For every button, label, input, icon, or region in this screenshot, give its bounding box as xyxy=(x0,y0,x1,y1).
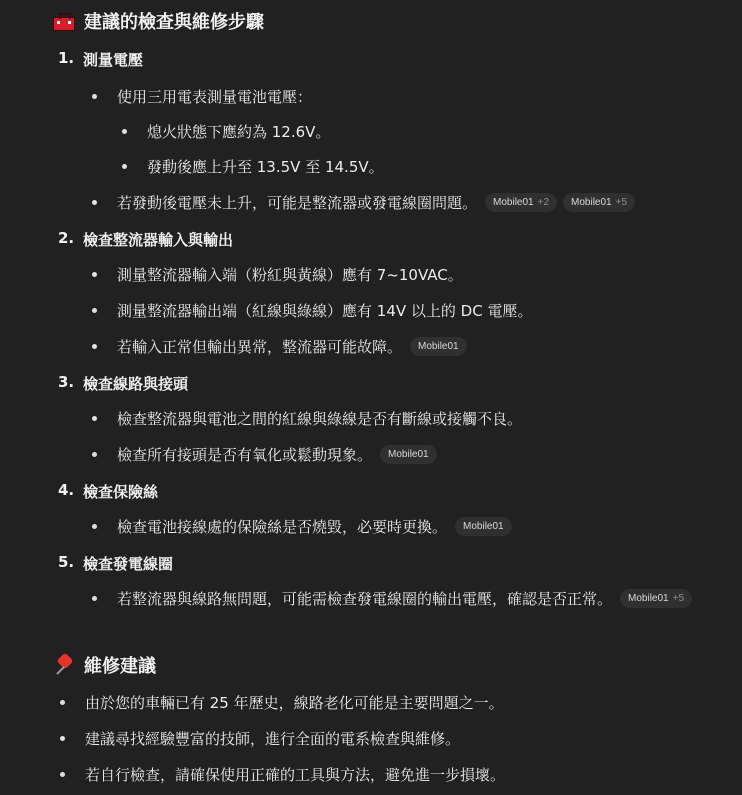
bullet xyxy=(60,772,65,777)
list-item: 使用三用電表測量電池電壓： xyxy=(92,86,312,107)
bullet xyxy=(92,344,97,349)
list-item: 熄火狀態下應約為 12.6V。 xyxy=(122,121,330,142)
source-badge[interactable]: Mobile01 +5 xyxy=(563,193,635,212)
source-badge[interactable]: Mobile01 +2 xyxy=(485,193,557,212)
list-item: 測量整流器輸出端（紅線與綠線）應有 14V 以上的 DC 電壓。 xyxy=(92,300,532,321)
list-item: 若整流器與線路無問題，可能需檢查發電線圈的輸出電壓，確認是否正常。 Mobile… xyxy=(92,588,692,609)
bullet xyxy=(122,164,127,169)
section-heading-repair-advice: 維修建議 xyxy=(52,652,156,678)
bullet xyxy=(92,94,97,99)
list-item: 若自行檢查，請確保使用正確的工具與方法，避免進一步損壞。 xyxy=(60,764,505,785)
source-badge[interactable]: Mobile01 xyxy=(455,517,512,536)
source-badge[interactable]: Mobile01 +5 xyxy=(620,589,692,608)
section-title: 維修建議 xyxy=(84,652,156,678)
bullet xyxy=(92,524,97,529)
list-item: 若發動後電壓未上升，可能是整流器或發電線圈問題。 Mobile01 +2 Mob… xyxy=(92,192,635,213)
list-item: 測量整流器輸入端（粉紅與黃線）應有 7~10VAC。 xyxy=(92,264,463,285)
bullet xyxy=(122,129,127,134)
bullet xyxy=(92,308,97,313)
source-badge[interactable]: Mobile01 xyxy=(380,445,437,464)
bullet xyxy=(60,736,65,741)
step-3-title: 3. 檢查線路與接頭 xyxy=(58,373,188,394)
toolbox-icon xyxy=(52,10,74,32)
list-item: 建議尋找經驗豐富的技師，進行全面的電系檢查與維修。 xyxy=(60,728,460,749)
list-item: 檢查整流器與電池之間的紅線與綠線是否有斷線或接觸不良。 xyxy=(92,408,522,429)
section-heading-inspection-steps: 建議的檢查與維修步驟 xyxy=(52,8,264,34)
bullet xyxy=(92,452,97,457)
bullet xyxy=(92,200,97,205)
step-5-title: 5. 檢查發電線圈 xyxy=(58,553,173,574)
list-item: 若輸入正常但輸出異常，整流器可能故障。 Mobile01 xyxy=(92,336,467,357)
bullet xyxy=(92,416,97,421)
step-2-title: 2. 檢查整流器輸入與輸出 xyxy=(58,229,233,250)
source-badge[interactable]: Mobile01 xyxy=(410,337,467,356)
bullet xyxy=(92,272,97,277)
section-title: 建議的檢查與維修步驟 xyxy=(84,8,264,34)
step-1-title: 1. 測量電壓 xyxy=(58,49,143,70)
list-item: 由於您的車輛已有 25 年歷史，線路老化可能是主要問題之一。 xyxy=(60,692,504,713)
pushpin-icon xyxy=(52,654,74,676)
list-item: 發動後應上升至 13.5V 至 14.5V。 xyxy=(122,156,384,177)
bullet xyxy=(92,596,97,601)
step-4-title: 4. 檢查保險絲 xyxy=(58,481,158,502)
bullet xyxy=(60,700,65,705)
list-item: 檢查電池接線處的保險絲是否燒毀，必要時更換。 Mobile01 xyxy=(92,516,512,537)
list-item: 檢查所有接頭是否有氧化或鬆動現象。 Mobile01 xyxy=(92,444,437,465)
